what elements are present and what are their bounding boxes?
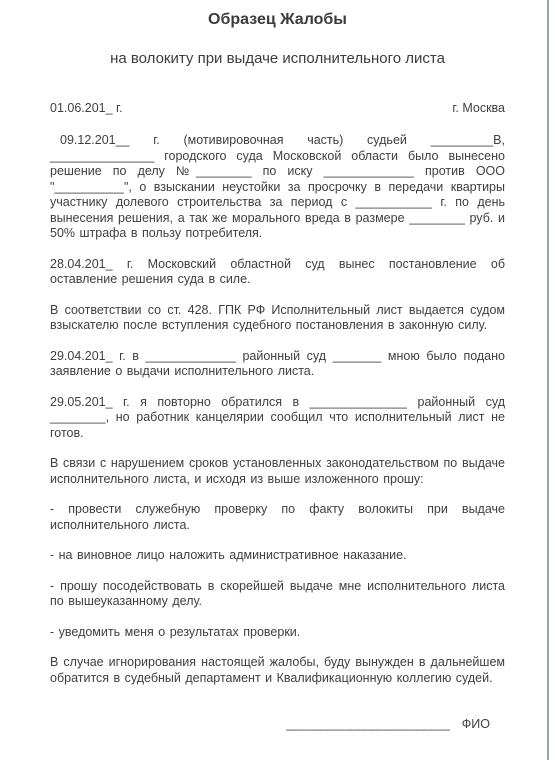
document-paragraph-second-request: 29.05.201_ г. я повторно обратился в ___… [50, 395, 505, 442]
document-city: г. Москва [452, 100, 505, 116]
document-title: Образец Жалобы [50, 10, 505, 30]
signature-blank-line: ______________________ [286, 717, 450, 731]
document-paragraph-warning: В случае игнорирования настоящей жалобы,… [50, 655, 505, 686]
page-right-edge-divider [547, 0, 549, 760]
document-body: 09.12.201__ г. (мотивировочная часть) су… [50, 133, 505, 686]
document-list-item-punishment: - на виновное лицо наложить администрати… [50, 548, 505, 564]
document-paragraph-motivation: 09.12.201__ г. (мотивировочная часть) су… [50, 133, 505, 242]
document-paragraph-demand-intro: В связи с нарушением сроков установленны… [50, 456, 505, 487]
document-content: Образец Жалобы на волокиту при выдаче ис… [50, 0, 505, 732]
document-list-item-assist: - прошу посодействовать в скорейшей выда… [50, 579, 505, 610]
signature-row: ______________________ ФИО [50, 716, 505, 732]
document-list-item-notify: - уведомить меня о результатах проверки. [50, 625, 505, 641]
document-date: 01.06.201_ г. [50, 100, 123, 116]
complaint-document-page: Образец Жалобы на волокиту при выдаче ис… [0, 0, 555, 760]
document-meta-row: 01.06.201_ г. г. Москва [50, 100, 505, 116]
document-list-item-inspection: - провести служебную проверку по факту в… [50, 502, 505, 533]
document-paragraph-law-reference: В соответствии со ст. 428. ГПК РФ Исполн… [50, 303, 505, 334]
signature-label: ФИО [462, 717, 490, 731]
document-subtitle: на волокиту при выдаче исполнительного л… [50, 49, 505, 68]
document-paragraph-first-request: 29.04.201_ г. в _____________ районный с… [50, 349, 505, 380]
document-paragraph-appeal-ruling: 28.04.201_ г. Московский областной суд в… [50, 257, 505, 288]
